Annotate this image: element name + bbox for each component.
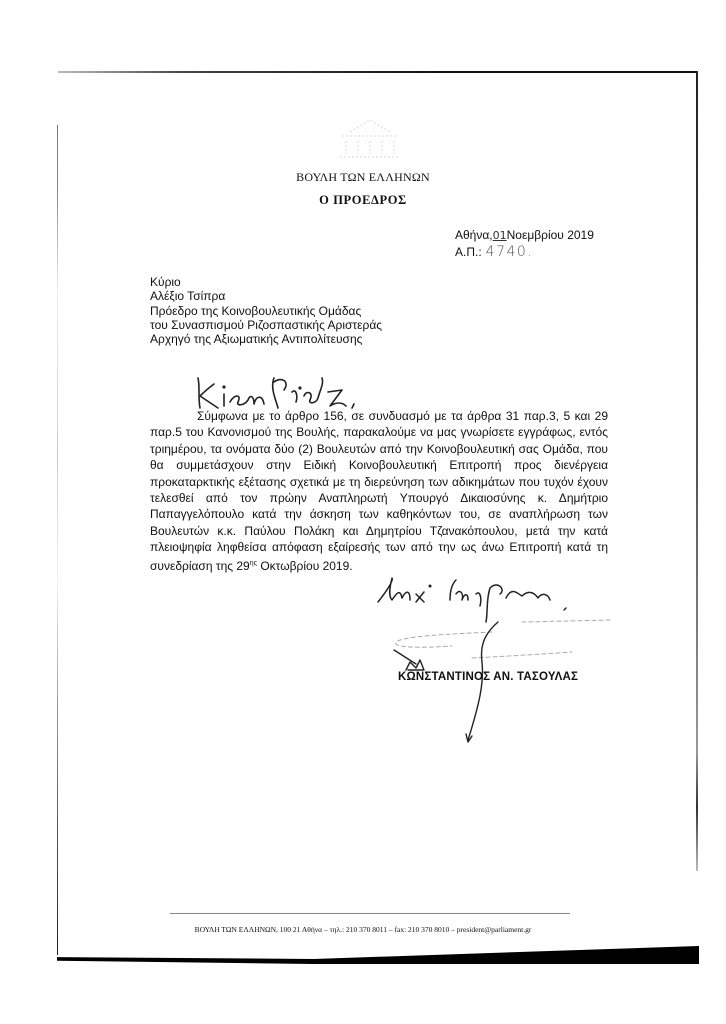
protocol-label: Α.Π.: xyxy=(455,245,482,259)
body-text-end: Οκτωβρίου 2019. xyxy=(257,559,353,573)
office-title: Ο ΠΡΟΕΔΡΟΣ xyxy=(0,193,726,208)
date-line: Αθήνα,01Νοεμβρίου 2019 xyxy=(455,228,594,242)
protocol-number-handwritten: 4740. xyxy=(486,244,534,260)
page-edge-left xyxy=(57,125,58,955)
signatory-name: ΚΩΝΣΤΑΝΤΙΝΟΣ ΑΝ. ΤΑΣΟΥΛΑΣ xyxy=(398,671,578,683)
page-edge-right xyxy=(696,71,698,871)
organization-name: ΒΟΥΛΗ ΤΩΝ ΕΛΛΗΝΩΝ xyxy=(0,170,726,185)
footer-contact: ΒΟΥΛΗ ΤΩΝ ΕΛΛΗΝΩΝ, 100 21 Αθήνα – τηλ.: … xyxy=(0,925,726,934)
page-edge-top xyxy=(58,71,698,73)
handwritten-salutation xyxy=(192,372,382,412)
date-day-handwritten: 01 xyxy=(493,229,507,242)
ordinal-superscript: ης xyxy=(250,560,257,567)
letter-body: Σύμφωνα με το άρθρο 156, σε συνδυασμό με… xyxy=(150,408,608,574)
recipient-line: Αρχηγό της Αξιωματικής Αντιπολίτευσης xyxy=(150,332,382,346)
recipient-line: Κύριο xyxy=(150,275,382,289)
date-month-year: Νοεμβρίου 2019 xyxy=(507,228,594,242)
recipient-line: Αλέξιο Τσίπρα xyxy=(150,289,382,303)
date-place: Αθήνα, xyxy=(455,228,493,242)
recipient-line: του Συνασπισμού Ριζοσπαστικής Αριστεράς xyxy=(150,318,382,332)
page-edge-bottom xyxy=(57,946,699,964)
recipient-line: Πρόεδρο της Κοινοβουλευτικής Ομάδας xyxy=(150,304,382,318)
footer-divider xyxy=(170,913,570,914)
protocol-line: Α.Π.:4740. xyxy=(455,244,533,260)
recipient-address: Κύριο Αλέξιο Τσίπρα Πρόεδρο της Κοινοβου… xyxy=(150,275,382,346)
body-text: Σύμφωνα με το άρθρο 156, σε συνδυασμό με… xyxy=(150,409,608,573)
parliament-emblem-icon xyxy=(330,112,410,162)
handwritten-closing-signature xyxy=(372,572,612,752)
